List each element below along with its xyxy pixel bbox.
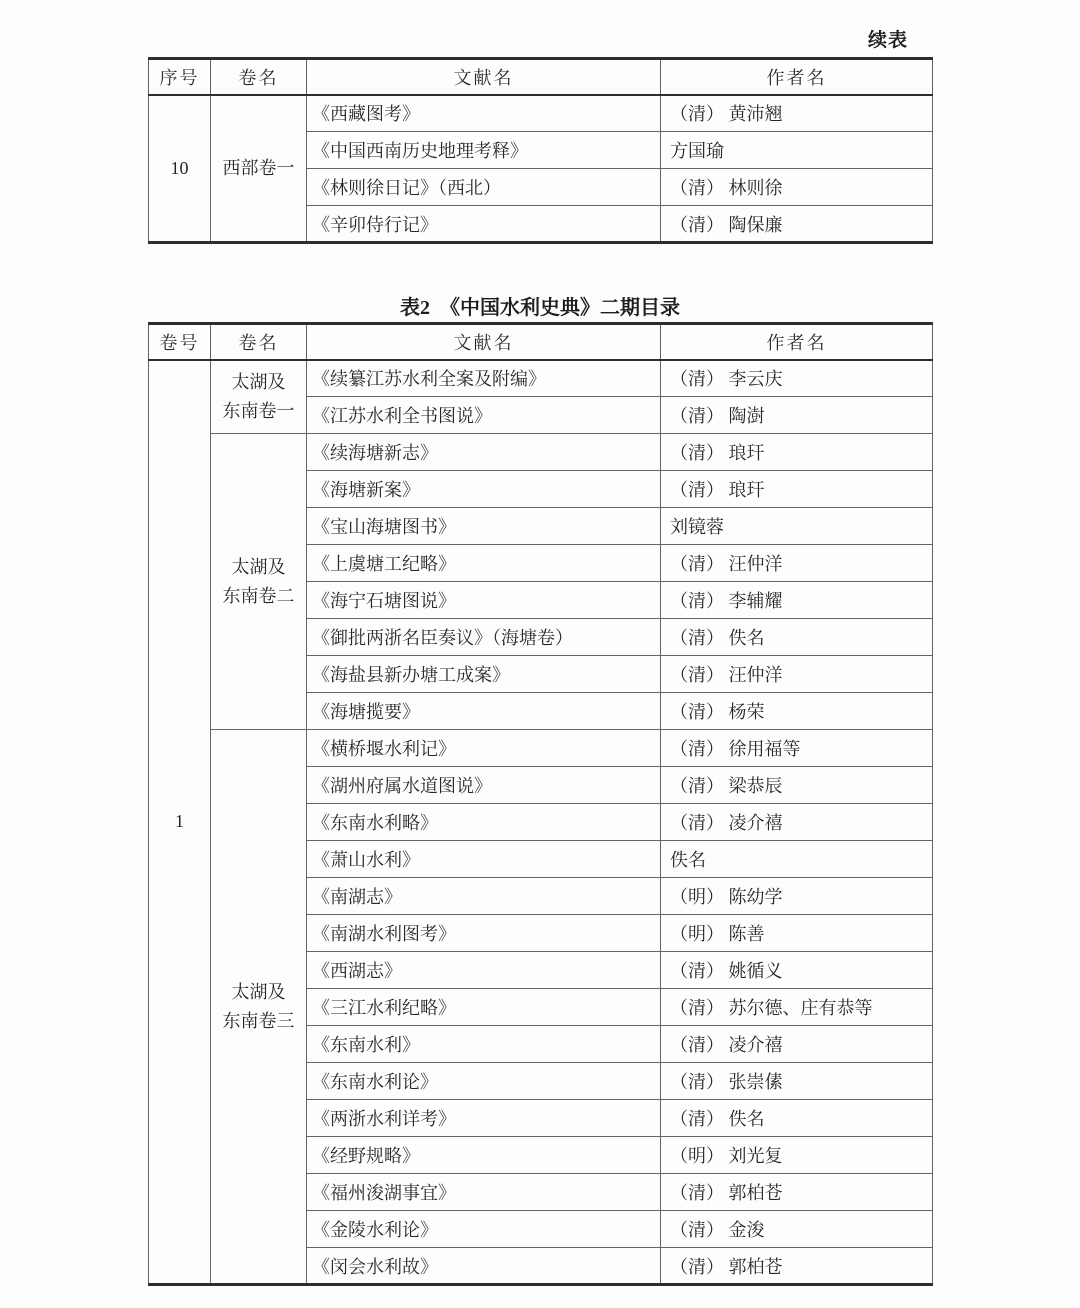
document-title-cell: 《御批两浙名臣奏议》（海塘卷） xyxy=(307,619,661,656)
document-title-cell: 《三江水利纪略》 xyxy=(307,989,661,1026)
author-name-cell: （清） 汪仲洋 xyxy=(661,545,933,582)
document-title-cell: 《南湖志》 xyxy=(307,878,661,915)
volume-name-cell: 太湖及 东南卷一 xyxy=(211,360,307,434)
document-title-cell: 《南湖水利图考》 xyxy=(307,915,661,952)
document-title-cell: 《东南水利论》 xyxy=(307,1063,661,1100)
author-name-cell: （清） 姚循义 xyxy=(661,952,933,989)
document-title-cell: 《福州浚湖事宜》 xyxy=(307,1174,661,1211)
document-title-cell: 《萧山水利》 xyxy=(307,841,661,878)
document-title-cell: 《东南水利略》 xyxy=(307,804,661,841)
table-row: 太湖及 东南卷二《续海塘新志》（清） 琅玕 xyxy=(149,434,933,471)
document-title-cell: 《西藏图考》 xyxy=(307,95,661,132)
table-row: 10西部卷一《西藏图考》（清） 黄沛翘 xyxy=(149,95,933,132)
document-page: 续表 序号 卷名 文献名 作者名 10西部卷一《西藏图考》（清） 黄沛翘《中国西… xyxy=(0,0,1080,1308)
author-name-cell: （清） 郭柏苍 xyxy=(661,1174,933,1211)
author-name-cell: （清） 杨荣 xyxy=(661,693,933,730)
document-title-cell: 《续海塘新志》 xyxy=(307,434,661,471)
table-row: 1太湖及 东南卷一《续纂江苏水利全案及附编》（清） 李云庆 xyxy=(149,360,933,397)
table1-header-row: 序号 卷名 文献名 作者名 xyxy=(149,59,933,95)
document-title-cell: 《经野规略》 xyxy=(307,1137,661,1174)
document-title-cell: 《中国西南历史地理考释》 xyxy=(307,132,661,169)
author-name-cell: 方国瑜 xyxy=(661,132,933,169)
table2-title: 表2 《中国水利史典》二期目录 xyxy=(148,291,932,317)
table-phase2-catalog: 卷号 卷名 文献名 作者名 1太湖及 东南卷一《续纂江苏水利全案及附编》（清） … xyxy=(148,322,933,1286)
author-name-cell: （清） 陶保廉 xyxy=(661,206,933,243)
document-title-cell: 《东南水利》 xyxy=(307,1026,661,1063)
table2-col-volume: 卷名 xyxy=(211,324,307,360)
volume-name-cell: 太湖及 东南卷二 xyxy=(211,434,307,730)
author-name-cell: （清） 佚名 xyxy=(661,1100,933,1137)
table1-col-volume: 卷名 xyxy=(211,59,307,95)
serial-number-cell: 1 xyxy=(149,360,211,1285)
document-title-cell: 《林则徐日记》（西北） xyxy=(307,169,661,206)
author-name-cell: （清） 汪仲洋 xyxy=(661,656,933,693)
document-title-cell: 《辛卯侍行记》 xyxy=(307,206,661,243)
author-name-cell: （明） 陈善 xyxy=(661,915,933,952)
author-name-cell: （清） 凌介禧 xyxy=(661,1026,933,1063)
author-name-cell: （清） 徐用福等 xyxy=(661,730,933,767)
document-title-cell: 《海盐县新办塘工成案》 xyxy=(307,656,661,693)
table2-col-author: 作者名 xyxy=(661,324,933,360)
table1-col-document: 文献名 xyxy=(307,59,661,95)
document-title-cell: 《上虞塘工纪略》 xyxy=(307,545,661,582)
serial-number-cell: 10 xyxy=(149,95,211,243)
table2-col-serial: 卷号 xyxy=(149,324,211,360)
continued-table-label: 续表 xyxy=(148,25,932,49)
author-name-cell: （清） 凌介禧 xyxy=(661,804,933,841)
author-name-cell: （明） 陈幼学 xyxy=(661,878,933,915)
document-title-cell: 《西湖志》 xyxy=(307,952,661,989)
table-phase1-continued: 序号 卷名 文献名 作者名 10西部卷一《西藏图考》（清） 黄沛翘《中国西南历史… xyxy=(148,57,933,244)
author-name-cell: （清） 李云庆 xyxy=(661,360,933,397)
document-title-cell: 《横桥堰水利记》 xyxy=(307,730,661,767)
document-title-cell: 《闵会水利故》 xyxy=(307,1248,661,1285)
author-name-cell: （清） 佚名 xyxy=(661,619,933,656)
author-name-cell: （清） 苏尔德、庄有恭等 xyxy=(661,989,933,1026)
document-title-cell: 《海塘新案》 xyxy=(307,471,661,508)
author-name-cell: （清） 琅玕 xyxy=(661,471,933,508)
table2-col-document: 文献名 xyxy=(307,324,661,360)
author-name-cell: （清） 张崇傃 xyxy=(661,1063,933,1100)
document-title-cell: 《湖州府属水道图说》 xyxy=(307,767,661,804)
author-name-cell: 佚名 xyxy=(661,841,933,878)
document-title-cell: 《宝山海塘图书》 xyxy=(307,508,661,545)
volume-name-cell: 西部卷一 xyxy=(211,95,307,243)
document-title-cell: 《海塘揽要》 xyxy=(307,693,661,730)
document-title-cell: 《江苏水利全书图说》 xyxy=(307,397,661,434)
author-name-cell: （清） 陶澍 xyxy=(661,397,933,434)
author-name-cell: （清） 琅玕 xyxy=(661,434,933,471)
table2-header-row: 卷号 卷名 文献名 作者名 xyxy=(149,324,933,360)
author-name-cell: （清） 金浚 xyxy=(661,1211,933,1248)
document-title-cell: 《金陵水利论》 xyxy=(307,1211,661,1248)
table1-col-author: 作者名 xyxy=(661,59,933,95)
author-name-cell: 刘镜蓉 xyxy=(661,508,933,545)
author-name-cell: （清） 林则徐 xyxy=(661,169,933,206)
document-title-cell: 《续纂江苏水利全案及附编》 xyxy=(307,360,661,397)
page-content: 续表 序号 卷名 文献名 作者名 10西部卷一《西藏图考》（清） 黄沛翘《中国西… xyxy=(148,0,932,1286)
author-name-cell: （清） 梁恭辰 xyxy=(661,767,933,804)
author-name-cell: （清） 黄沛翘 xyxy=(661,95,933,132)
author-name-cell: （明） 刘光复 xyxy=(661,1137,933,1174)
author-name-cell: （清） 李辅耀 xyxy=(661,582,933,619)
author-name-cell: （清） 郭柏苍 xyxy=(661,1248,933,1285)
document-title-cell: 《海宁石塘图说》 xyxy=(307,582,661,619)
volume-name-cell: 太湖及 东南卷三 xyxy=(211,730,307,1285)
table-row: 太湖及 东南卷三《横桥堰水利记》（清） 徐用福等 xyxy=(149,730,933,767)
table1-col-serial: 序号 xyxy=(149,59,211,95)
document-title-cell: 《两浙水利详考》 xyxy=(307,1100,661,1137)
